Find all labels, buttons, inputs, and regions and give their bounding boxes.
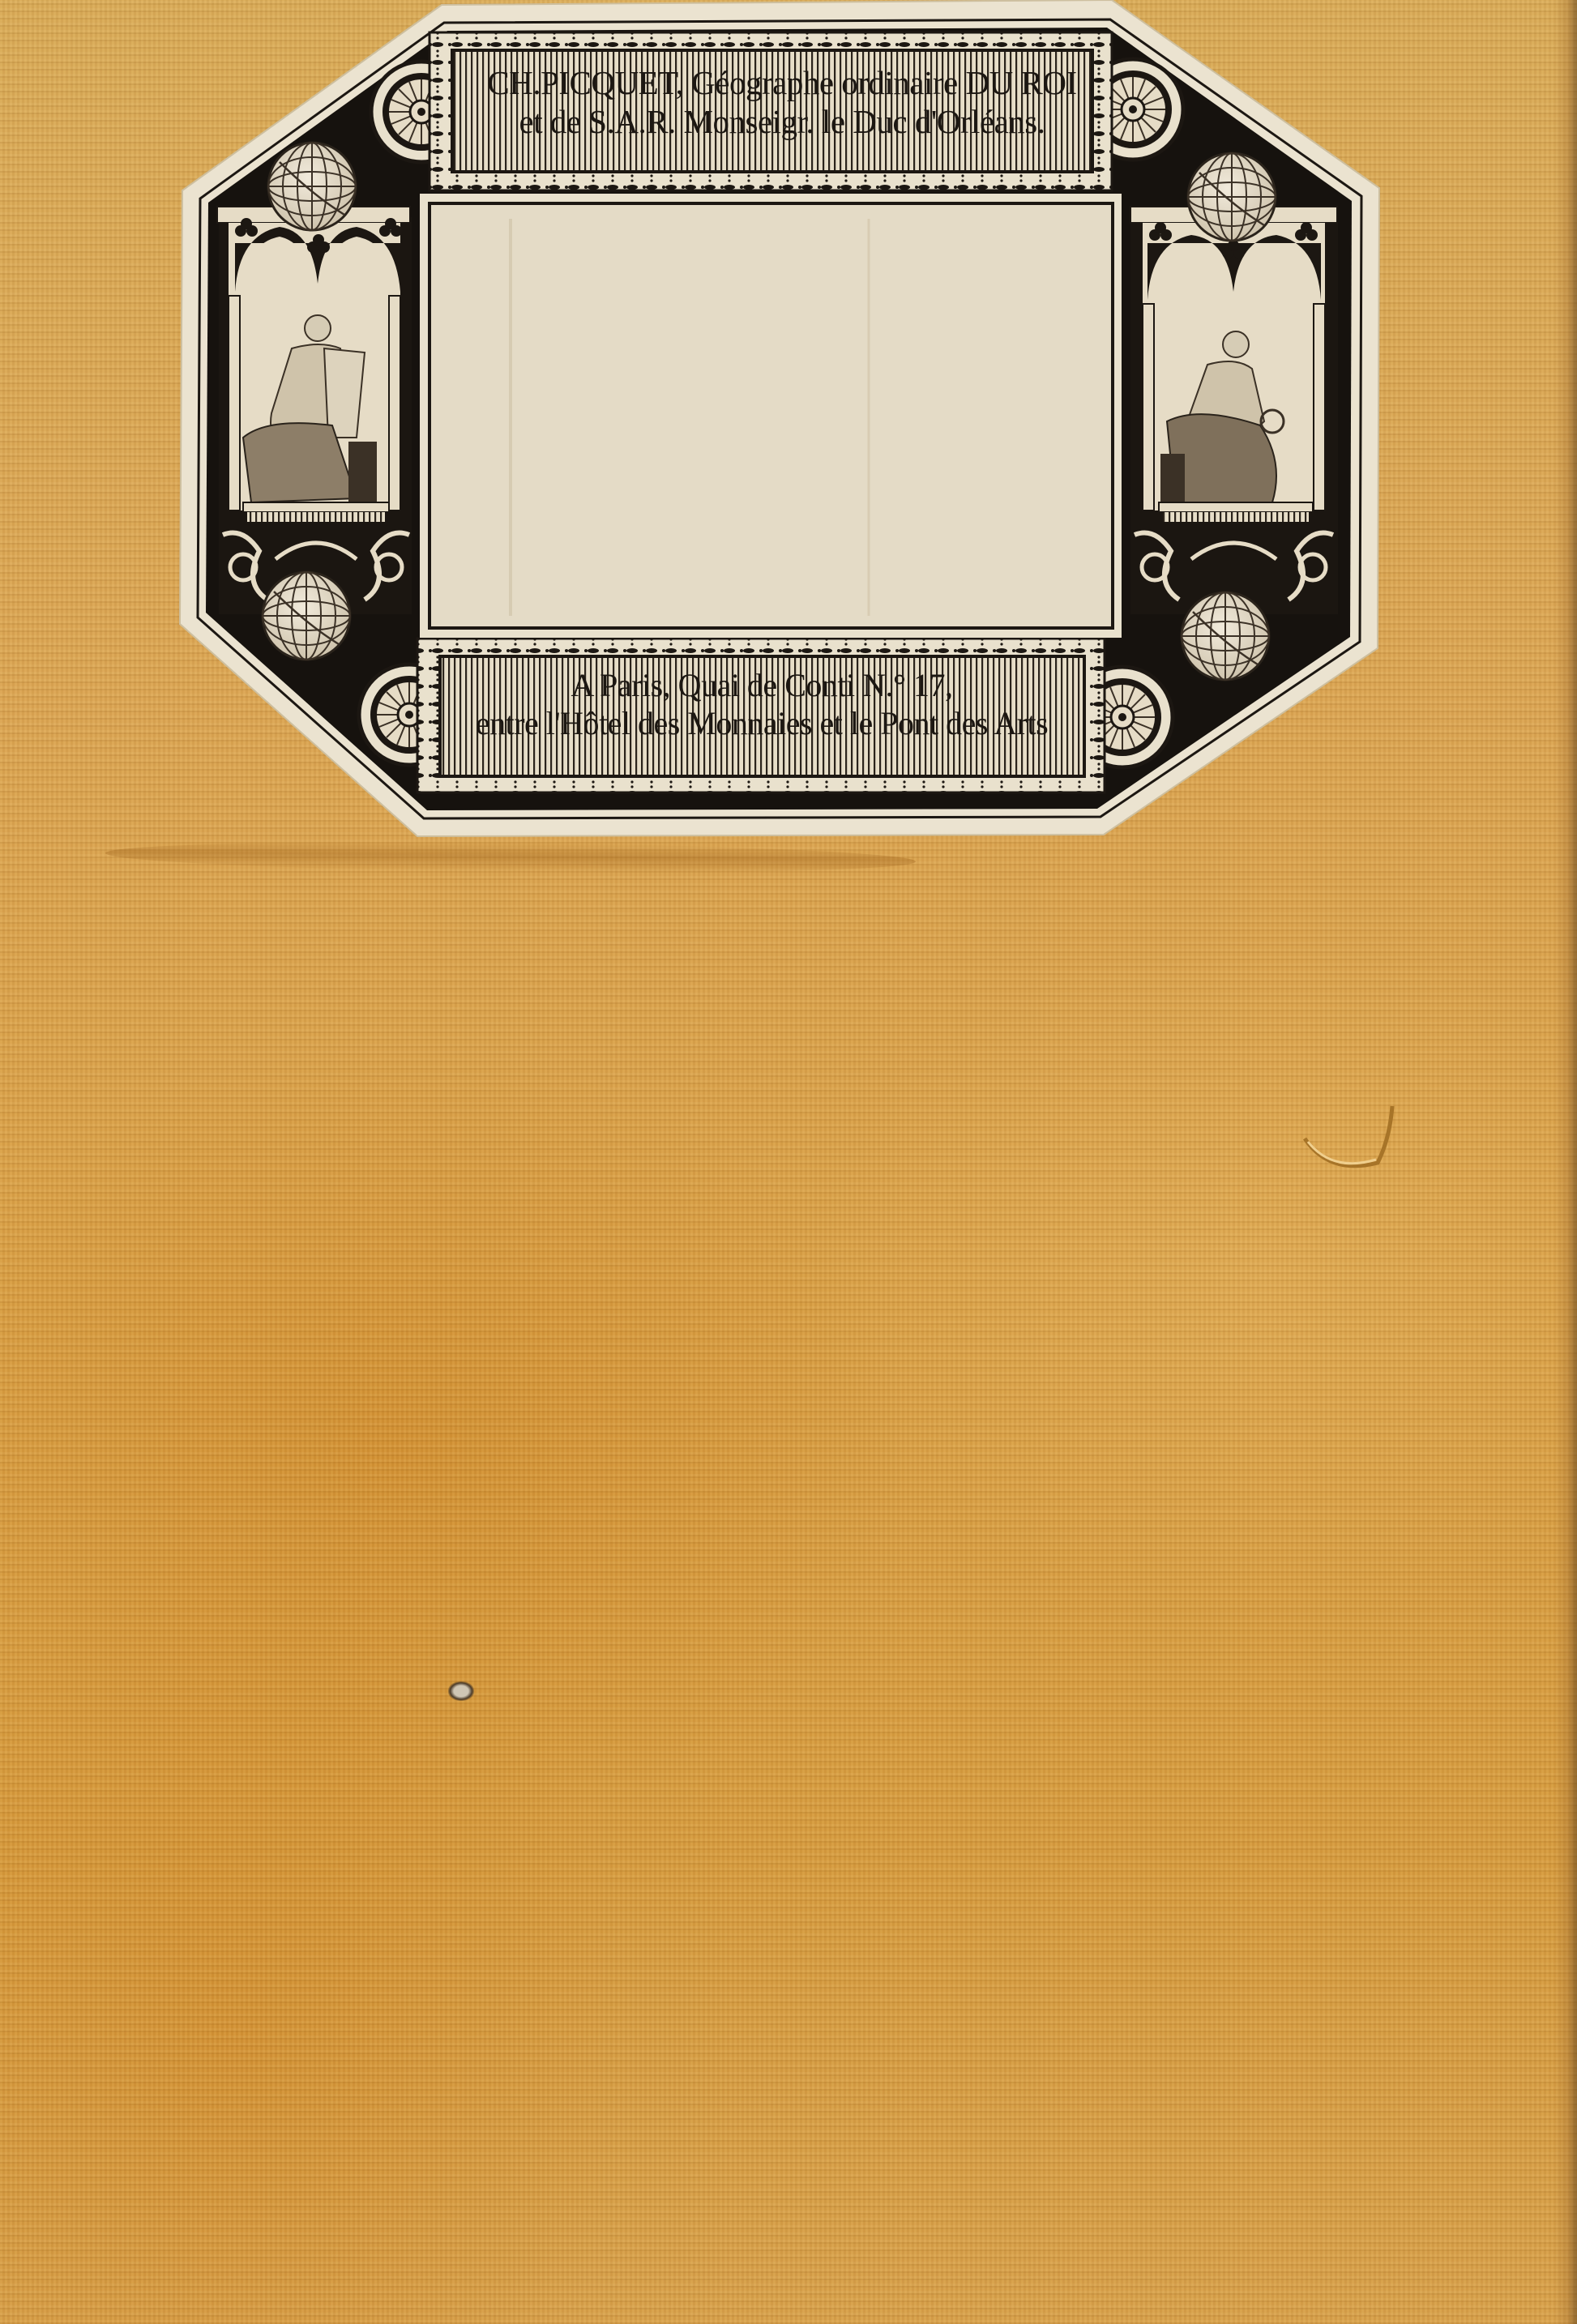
globe-icon [1182,592,1269,680]
publisher-name-text: CH.PICQUET, Géographe ordinaire DU ROI e… [462,63,1102,142]
publisher-line-1: CH.PICQUET, Géographe ordinaire DU ROI [462,63,1102,102]
globe-icon [268,143,356,230]
publisher-line-2: et de S.A.R. Monseigr. le Duc d'Orléans. [462,102,1102,141]
globe-icon [1188,153,1276,241]
publisher-label: CH.PICQUET, Géographe ordinaire DU ROI e… [0,0,1577,851]
address-line-2: entre l'Hôtel des Monnaies et le Pont de… [442,704,1082,742]
moth-hole [448,1681,474,1701]
globe-icon [263,572,350,660]
publisher-address-text: A Paris, Quai de Conti N.° 17, entre l'H… [442,666,1082,742]
cloth-tear-icon [1297,1098,1410,1179]
address-line-1: A Paris, Quai de Conti N.° 17, [442,666,1082,704]
